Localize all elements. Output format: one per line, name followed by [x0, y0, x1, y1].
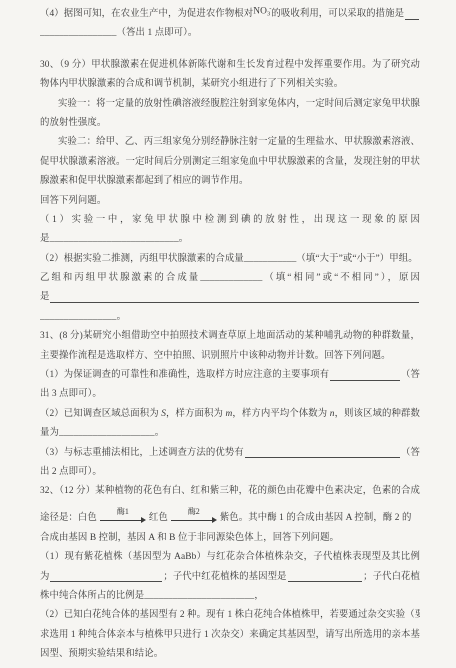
q32-stem-line-1: 32、（12 分）某种植物的花色有白、红和紫三种，花的颜色由花瓣中色素决定，色素… [40, 482, 420, 501]
q30-sub2-line-1: （2）根据实验二推测，丙组甲状腺激素的合成量___________（填“大于”或… [40, 250, 420, 269]
q31-sub2-text-1: （2）已知调查区域总面积为 [40, 409, 161, 419]
enzyme1-label: 酶1 [117, 507, 129, 516]
q31-stem-line-2: 主要操作流程是选取样方、空中拍照、识别照片中该种动物并计数。回答下列问题。 [40, 347, 420, 366]
q32-sub1-text-2: ；子代中红花植株的基因型是 [163, 568, 286, 587]
q4-text-pre: （4）据图可知，在农业生产中，为促进农作物根对 [40, 5, 253, 24]
q31-stem-line-1: 31、(8 分)某研究小组借助空中拍照技术调查草原上地面活动的某种哺乳动物的种群… [40, 327, 420, 346]
q32-sub2-line-2: 求选用 1 种纯合体亲本与植株甲只进行 1 次杂交）来确定其基因型，请写出所选用… [40, 626, 420, 645]
arrow-shaft-icon [100, 516, 146, 524]
q31-sub1-line-2: 出 3 点即可）。 [40, 385, 420, 404]
q31-sub2-text-2: ，样方面积为 [166, 409, 225, 419]
q30-sub2-line-2: 乙组和丙组甲状腺激素的合成量_____________（填“相同”或“不相同”）… [40, 269, 420, 288]
pathway-white: 途径是：白色 [40, 509, 97, 528]
q31-sub1-line-1: （1）为保证调查的可靠性和准确性，选取样方时应注意的主要事项有 （答 [40, 366, 420, 385]
pathway-red: 红色 [149, 509, 168, 528]
no3-formula: NO3- [253, 5, 271, 24]
q31-sub2-text-3: ，样方内平均个体数为 [232, 409, 329, 419]
q30-exp2-line-1: 实验二：给甲、乙、丙三组家兔分别经静脉注射一定量的生理盐水、甲状腺激素溶液、 [40, 133, 420, 152]
q32-pathway-line: 途径是：白色 酶1 红色 酶2 紫色。其中酶 1 的合成由基因 A 控制，酶 2… [40, 502, 420, 529]
q30-stem-line-1: 30、（9 分）甲状腺激素在促进机体新陈代谢和生长发育过程中发挥重要作用。为了研… [40, 56, 420, 75]
q31-sub1-text: （1）为保证调查的可靠性和准确性，选取样方时应注意的主要事项有 [40, 366, 329, 385]
q30-stem-line-2: 物体内甲状腺激素的合成和调节机制，某研究小组进行了下列相关实验。 [40, 75, 420, 94]
q30-sub2-line-4: ________________。 [40, 308, 420, 327]
q30-exp2-line-2: 促甲状腺激素溶液。一定时间后分别测定三组家兔血中甲状腺激素的含量，发现注射的甲状 [40, 153, 420, 172]
q32-sub2-line-3: 因型、预期实验结果和结论。 [40, 645, 420, 664]
no3-subscript: 3 [267, 11, 270, 18]
q31-sub3-line-1: （3）与标志重捕法相比，上述调查方法的优势有 （答 [40, 444, 420, 463]
answer-blank [50, 581, 162, 582]
answer-blank [50, 302, 419, 303]
q31-sub2-text-4: ，则该区域的种群数 [335, 409, 420, 419]
q31-sub2-line-2: 量为____________________。 [40, 424, 420, 443]
pathway-purple-tail: 紫色。其中酶 1 的合成由基因 A 控制，酶 2 的 [220, 509, 412, 528]
arrow-shaft-icon [171, 516, 217, 524]
q31-sub3-line-2: 出 2 点即可）。 [40, 463, 420, 482]
q31-sub3-tail: （答 [401, 444, 420, 463]
q4-line-2: ________________（答出 1 点即可）。 [40, 24, 420, 43]
q30-exp2-line-3: 腺激素和促甲状腺激素都起到了相应的调节作用。 [40, 172, 420, 191]
answer-blank [245, 457, 400, 458]
q32-sub1-line-2: 为 ；子代中红花植株的基因型是 ；子代白花植 [40, 568, 420, 587]
answer-blank [330, 380, 400, 381]
q32-sub2-line-1: （2）已知白花纯合体的基因型有 2 种。现有 1 株白花纯合体植株甲，若要通过杂… [40, 606, 420, 625]
q30-sub2-line-3-text: 是 [40, 288, 49, 307]
q4-text-post: 的吸收利用，可以采取的措施是 [271, 5, 404, 24]
q32-sub1-line-3: 株中纯合体所占的比例是_______________________， [40, 587, 420, 606]
q30-sub1-line-2: 是___________________________。 [40, 230, 420, 249]
exam-page: （4）据图可知，在农业生产中，为促进农作物根对 NO3-的吸收利用，可以采取的措… [0, 0, 456, 668]
q32-sub1-text-3: ；子代白花植 [363, 568, 420, 587]
q32-stem-line-3: 合成由基因 B 控制，基因 A 和 B 位于非同源染色体上，回答下列问题。 [40, 529, 420, 548]
enzyme1-arrow: 酶1 [100, 507, 146, 529]
answer-blank [288, 581, 363, 582]
q32-sub1-text-1: 为 [40, 568, 49, 587]
q30-sub2-line-3: 是 [40, 288, 420, 307]
q4-line-1: （4）据图可知，在农业生产中，为促进农作物根对 NO3-的吸收利用，可以采取的措… [40, 5, 420, 24]
q30-ask-line: 回答下列问题。 [40, 192, 420, 211]
q31-sub1-tail: （答 [401, 366, 420, 385]
q30-sub1-line-1: （1）实验一中，家兔甲状腺中检测到碘的放射性，出现这一现象的原因 [40, 211, 420, 230]
q30-exp1-line-2: 的放射性强度。 [40, 114, 420, 133]
enzyme2-arrow: 酶2 [171, 507, 217, 529]
answer-blank [405, 19, 419, 20]
q31-sub2-line-1: （2）已知调查区域总面积为 S，样方面积为 m，样方内平均个体数为 n，则该区域… [40, 405, 420, 424]
q30-exp1-line-1: 实验一：将一定量的放射性碘溶液经腹腔注射到家兔体内，一定时间后测定家兔甲状腺 [40, 95, 420, 114]
q31-sub3-text: （3）与标志重捕法相比，上述调查方法的优势有 [40, 444, 244, 463]
enzyme2-label: 酶2 [188, 507, 200, 516]
q32-sub1-line-1: （1）现有紫花植株（基因型为 AaBb）与红花杂合体植株杂交，子代植株表现型及其… [40, 548, 420, 567]
